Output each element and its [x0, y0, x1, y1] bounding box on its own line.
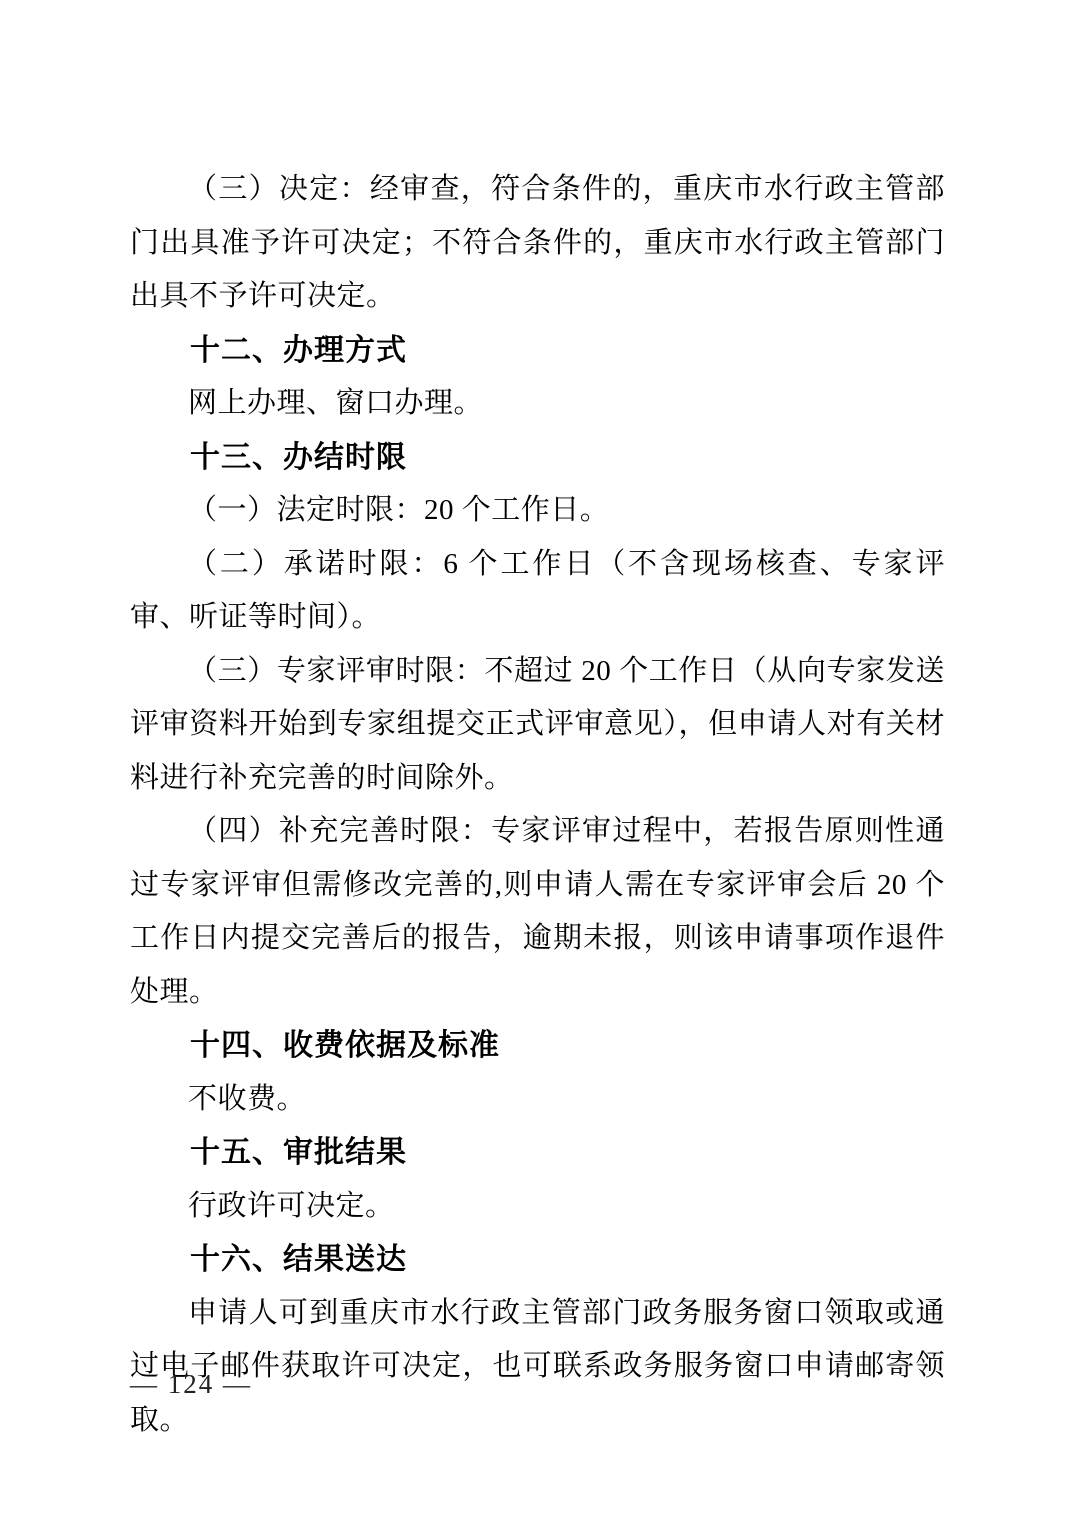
document-body: （三）决定：经审查，符合条件的，重庆市水行政主管部门出具准予许可决定；不符合条件…: [130, 163, 945, 1447]
paragraph-bushoufei: 不收费。: [130, 1073, 945, 1127]
paragraph-xingzheng-xuke-jueding: 行政许可决定。: [130, 1180, 945, 1234]
paragraph-banli-fangshi: 网上办理、窗口办理。: [130, 377, 945, 431]
paragraph-chengnuo-shixian: （二）承诺时限：6 个工作日（不含现场核查、专家评审、听证等时间）。: [130, 538, 945, 645]
heading-section-16-jieguo-songda: 十六、结果送达: [130, 1233, 945, 1287]
paragraph-zhuanjia-pingshen-shixian: （三）专家评审时限：不超过 20 个工作日（从向专家发送评审资料开始到专家组提交…: [130, 645, 945, 806]
page-number: — 124 —: [130, 1362, 252, 1406]
heading-section-12-banli-fangshi: 十二、办理方式: [130, 324, 945, 378]
document-page: （三）决定：经审查，符合条件的，重庆市水行政主管部门出具准予许可决定；不符合条件…: [0, 0, 1075, 1519]
heading-section-14-shoufei-yiju: 十四、收费依据及标准: [130, 1019, 945, 1073]
paragraph-decision: （三）决定：经审查，符合条件的，重庆市水行政主管部门出具准予许可决定；不符合条件…: [130, 163, 945, 324]
heading-section-15-shenpi-jieguo: 十五、审批结果: [130, 1126, 945, 1180]
paragraph-buchong-wanshan-shixian: （四）补充完善时限：专家评审过程中，若报告原则性通过专家评审但需修改完善的,则申…: [130, 805, 945, 1019]
paragraph-fading-shixian: （一）法定时限：20 个工作日。: [130, 484, 945, 538]
paragraph-jieguo-songda: 申请人可到重庆市水行政主管部门政务服务窗口领取或通过电子邮件获取许可决定，也可联…: [130, 1287, 945, 1448]
heading-section-13-banjie-shixian: 十三、办结时限: [130, 431, 945, 485]
